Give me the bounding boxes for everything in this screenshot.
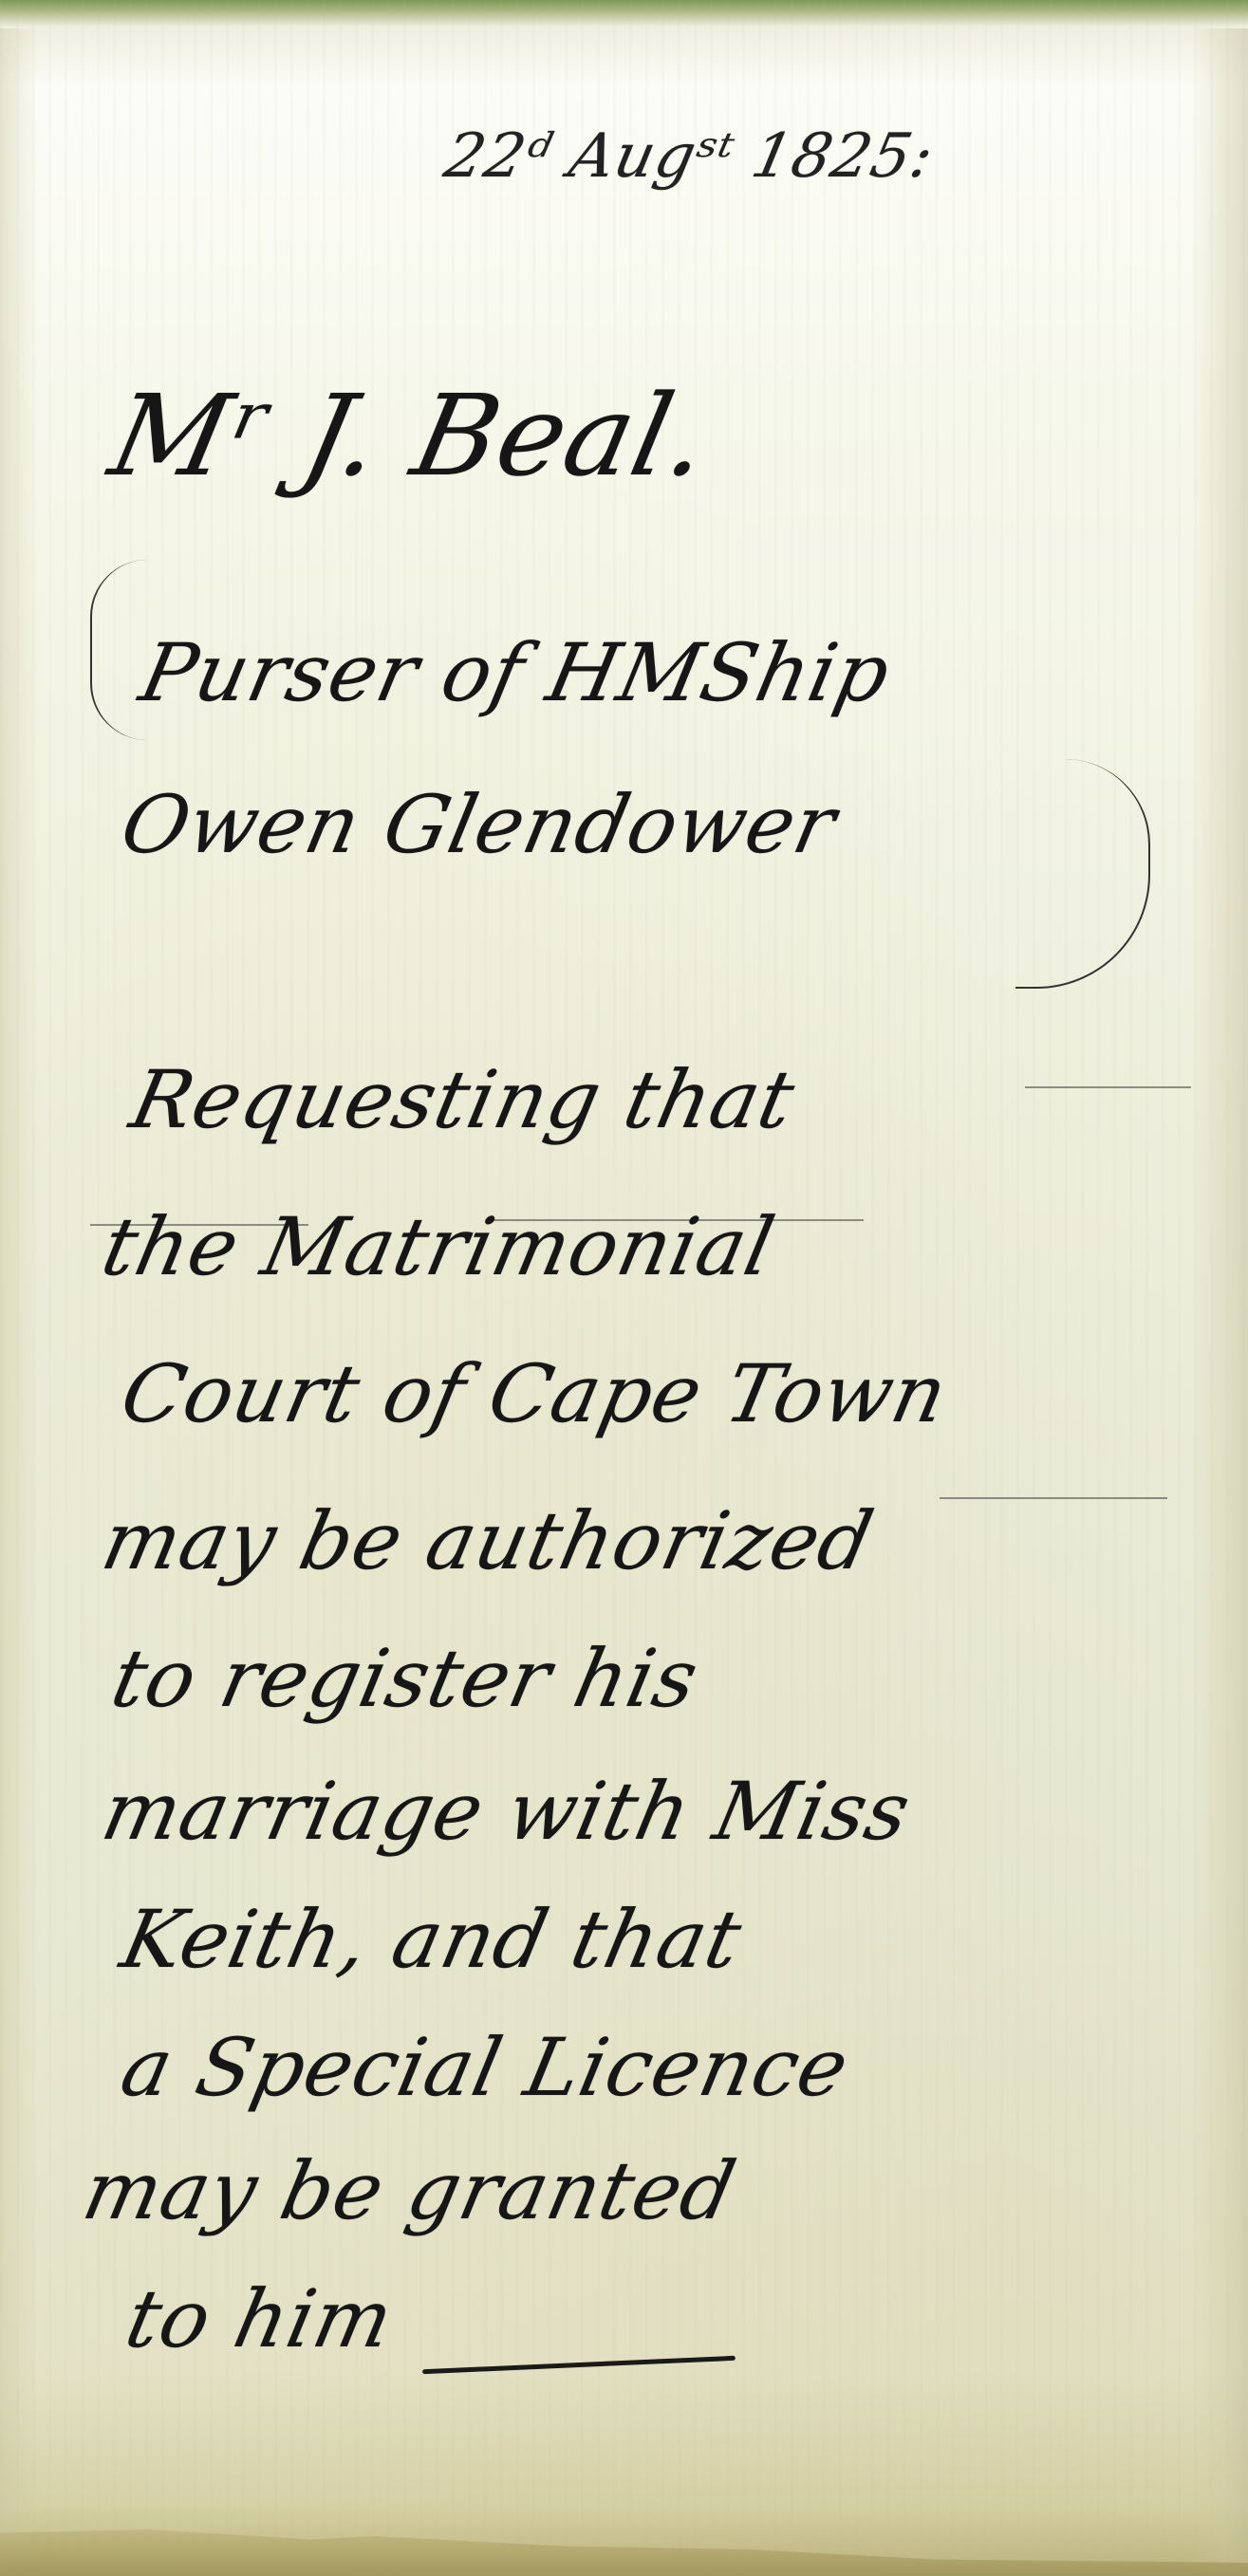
body-line-2: the Matrimonial [95,1200,783,1293]
closing-underline [422,2356,736,2374]
faint-rule-line [940,1497,1167,1499]
document-date: 22ᵈ Augˢᵗ 1825: [438,121,941,192]
faint-rule-line [1025,1086,1191,1088]
paper-right-edge [1191,28,1248,2576]
body-line-1: Requesting that [123,1053,803,1146]
torn-paper-bottom-edge [0,2510,1248,2576]
addressee-title-line-1: Purser of HMShip [133,626,899,719]
addressee-title-line-2: Owen Glendower [114,778,845,871]
body-line-4: may be authorized [95,1494,882,1587]
body-line-7: Keith, and that [114,1893,751,1986]
body-line-5: to register his [104,1632,707,1725]
body-line-10: to him [119,2272,401,2365]
body-line-8: a Special Licence [114,2021,857,2114]
closing-parenthesis [1015,759,1150,989]
body-line-9: may be granted [76,2144,744,2237]
addressee-name: Mʳ J. Beal. [100,370,721,501]
body-line-3: Court of Cape Town [114,1347,956,1440]
paper-left-edge [0,28,38,2576]
body-line-6: marriage with Miss [95,1765,919,1858]
manuscript-page: 22ᵈ Augˢᵗ 1825: Mʳ J. Beal. Purser of HM… [0,0,1248,2576]
